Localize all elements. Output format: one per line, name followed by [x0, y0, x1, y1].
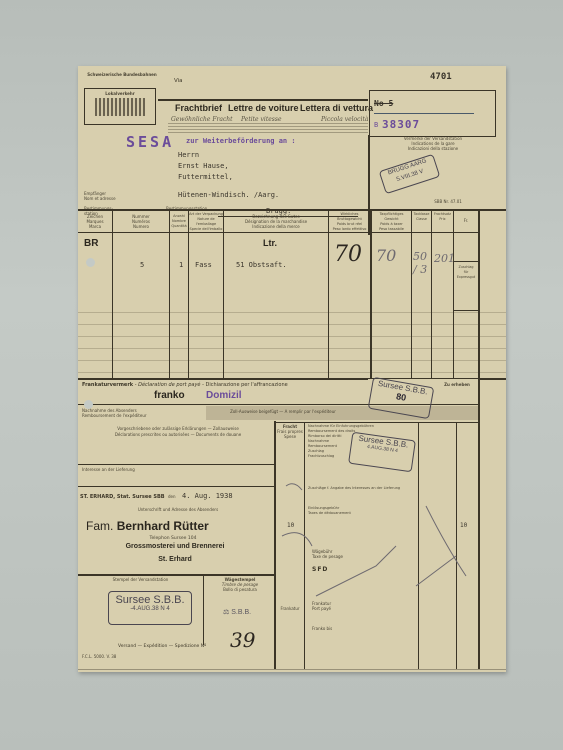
to-collect-label: Zu erheben	[436, 382, 478, 387]
shipper-name: Fam. Bernhard Rütter	[86, 519, 209, 533]
numbering-box: No 5 B 38307	[369, 90, 496, 137]
title-it: Lettera di vettura	[300, 103, 373, 113]
customs-label: Zoll-Ausweise beigefügt — A remplir par …	[208, 409, 358, 414]
punch-hole-lower	[84, 400, 93, 409]
col-number: NummerNumérosNumero	[113, 214, 169, 229]
shipment-date: 4. Aug. 1938	[182, 492, 233, 500]
shipper-station: ST. ERHARD, Stat. Sursee SBB	[80, 494, 165, 500]
signature-label: Unterschrift und Adresse des Absenders	[98, 507, 258, 512]
weighing-stamp: ⚖ S.B.B.	[223, 608, 251, 616]
shipper-phone: Telephon Sursee 104	[128, 536, 218, 541]
prepaid-label: Frankaturvermerk - Déclaration de port p…	[82, 382, 288, 388]
recipient-town: Hütenen-Windisch. /Aarg.	[178, 191, 279, 199]
row-quantity: 1	[179, 261, 183, 269]
subtitle-fr: Petite vitesse	[241, 116, 282, 123]
col-taxable-weight: Taxpflichtiges GewichtPoids à taxerPeso …	[372, 212, 411, 232]
numbering-line1: No 5	[374, 99, 393, 108]
shipper-town: St. Erhard	[110, 556, 240, 563]
col-class: TaxklasseClasse	[412, 212, 431, 222]
documents-label: Vorgeschriebene oder zulässige Erklärung…	[88, 426, 268, 431]
freight-label: FrachtFrais propresSpese	[276, 424, 304, 439]
railway-name: Schweizerische Bundesbahnen	[82, 72, 162, 77]
train-icon	[95, 98, 145, 116]
col-francs: Fr.	[454, 218, 478, 223]
shipper-notes-label: Nachnahme des AbsendersRemboursement de …	[82, 408, 192, 418]
form-code-top: SBB Nr. 47.01	[423, 199, 473, 204]
row-description: 51 Obstsaft.	[236, 261, 287, 269]
forwarding-note: zur Weiterbeförderung an :	[186, 137, 296, 145]
shipper-business: Grossmosterei und Brennerei	[110, 543, 240, 550]
strikeout	[374, 113, 474, 114]
dispatch-number-label: Versand — Expédition — Spedizione Nº	[118, 644, 206, 649]
dispatch-stamp-label: Stempel der Versandstation	[78, 577, 203, 582]
forwarding-stamp: SESA	[126, 133, 174, 151]
label-box-title: Lokalverkehr	[85, 91, 155, 96]
recipient-name: Ernst Hause,	[178, 162, 229, 170]
row-rate: 201	[434, 252, 455, 265]
via-label: Via	[174, 78, 183, 84]
col-marks: ZeichenMarquesMarca	[78, 214, 112, 229]
fine-print	[168, 123, 368, 135]
documents-label-fr: Déclarations prescrites ou autorisées — …	[88, 432, 268, 437]
francs-note-box: ZuschlagfürExpressgut	[454, 261, 478, 311]
subtitle-it: Piccola velocità	[321, 116, 368, 123]
row-gross-weight: 70	[334, 242, 362, 267]
col-gross-weight: Wirkliches BruttogewichtPoids brut réelP…	[329, 212, 370, 232]
delivery-label: Interesse an der Lieferung	[82, 467, 162, 472]
weighing-label: WägestempelTimbre de pesageBollo di pesa…	[206, 577, 274, 592]
col-description: Bezeichnung des GutesDésignation de la m…	[224, 214, 328, 229]
station-notes-label: Vermerke der VersandstationIndications d…	[378, 136, 488, 151]
waybill-document: Schweizerische Bundesbahnen Lokalverkehr…	[78, 66, 506, 672]
prepaid-stamped: Domizil	[206, 390, 242, 401]
col-rate: FrachtsatzPrix	[432, 212, 453, 222]
row-class: 50 / 3	[413, 250, 433, 276]
unit-value: Ltr.	[263, 238, 277, 248]
station-label: EmpfängerNom et adresse	[84, 191, 124, 201]
free-label: Franko bis	[312, 626, 352, 631]
marks-value: BR	[84, 238, 98, 249]
form-code-bottom: F.C.L. 5000. V. 38	[82, 654, 142, 659]
label-box: Lokalverkehr	[84, 88, 156, 125]
recipient-salutation: Herrn	[178, 151, 199, 159]
col-quantity: AnzahlNombreQuantità	[170, 214, 188, 229]
prepaid-printed: franko	[154, 390, 185, 401]
date-prefix: den	[168, 494, 176, 499]
dispatch-stamp: Sursee S.B.B. -4.AUG.38 N 4	[108, 591, 192, 625]
numbering-prefix: B	[374, 121, 378, 129]
row-taxable-weight: 70	[376, 246, 396, 265]
subtitle-de: Gewöhnliche Fracht	[171, 116, 233, 123]
row-number: 5	[140, 261, 144, 269]
serial-number: 4701	[430, 72, 452, 82]
dispatch-stamp-station: Sursee S.B.B.	[109, 594, 191, 606]
brugg-stamp: BRUGG AARG 5.VIII.38 V	[379, 154, 441, 194]
row-packaging: Fass	[195, 261, 212, 269]
col-packaging: Art der VerpackungNature de l'emballageS…	[189, 212, 223, 232]
title-de: Frachtbrief	[175, 103, 222, 113]
recipient-business: Futtermittel,	[178, 173, 233, 181]
pencil-marks	[276, 466, 476, 626]
punch-hole-upper	[86, 258, 95, 267]
waybill-number: 38307	[382, 118, 420, 131]
title-fr: Lettre de voiture	[228, 103, 299, 113]
dispatch-number-value: 39	[230, 628, 255, 652]
dispatch-stamp-date: -4.AUG.38 N 4	[109, 606, 191, 612]
